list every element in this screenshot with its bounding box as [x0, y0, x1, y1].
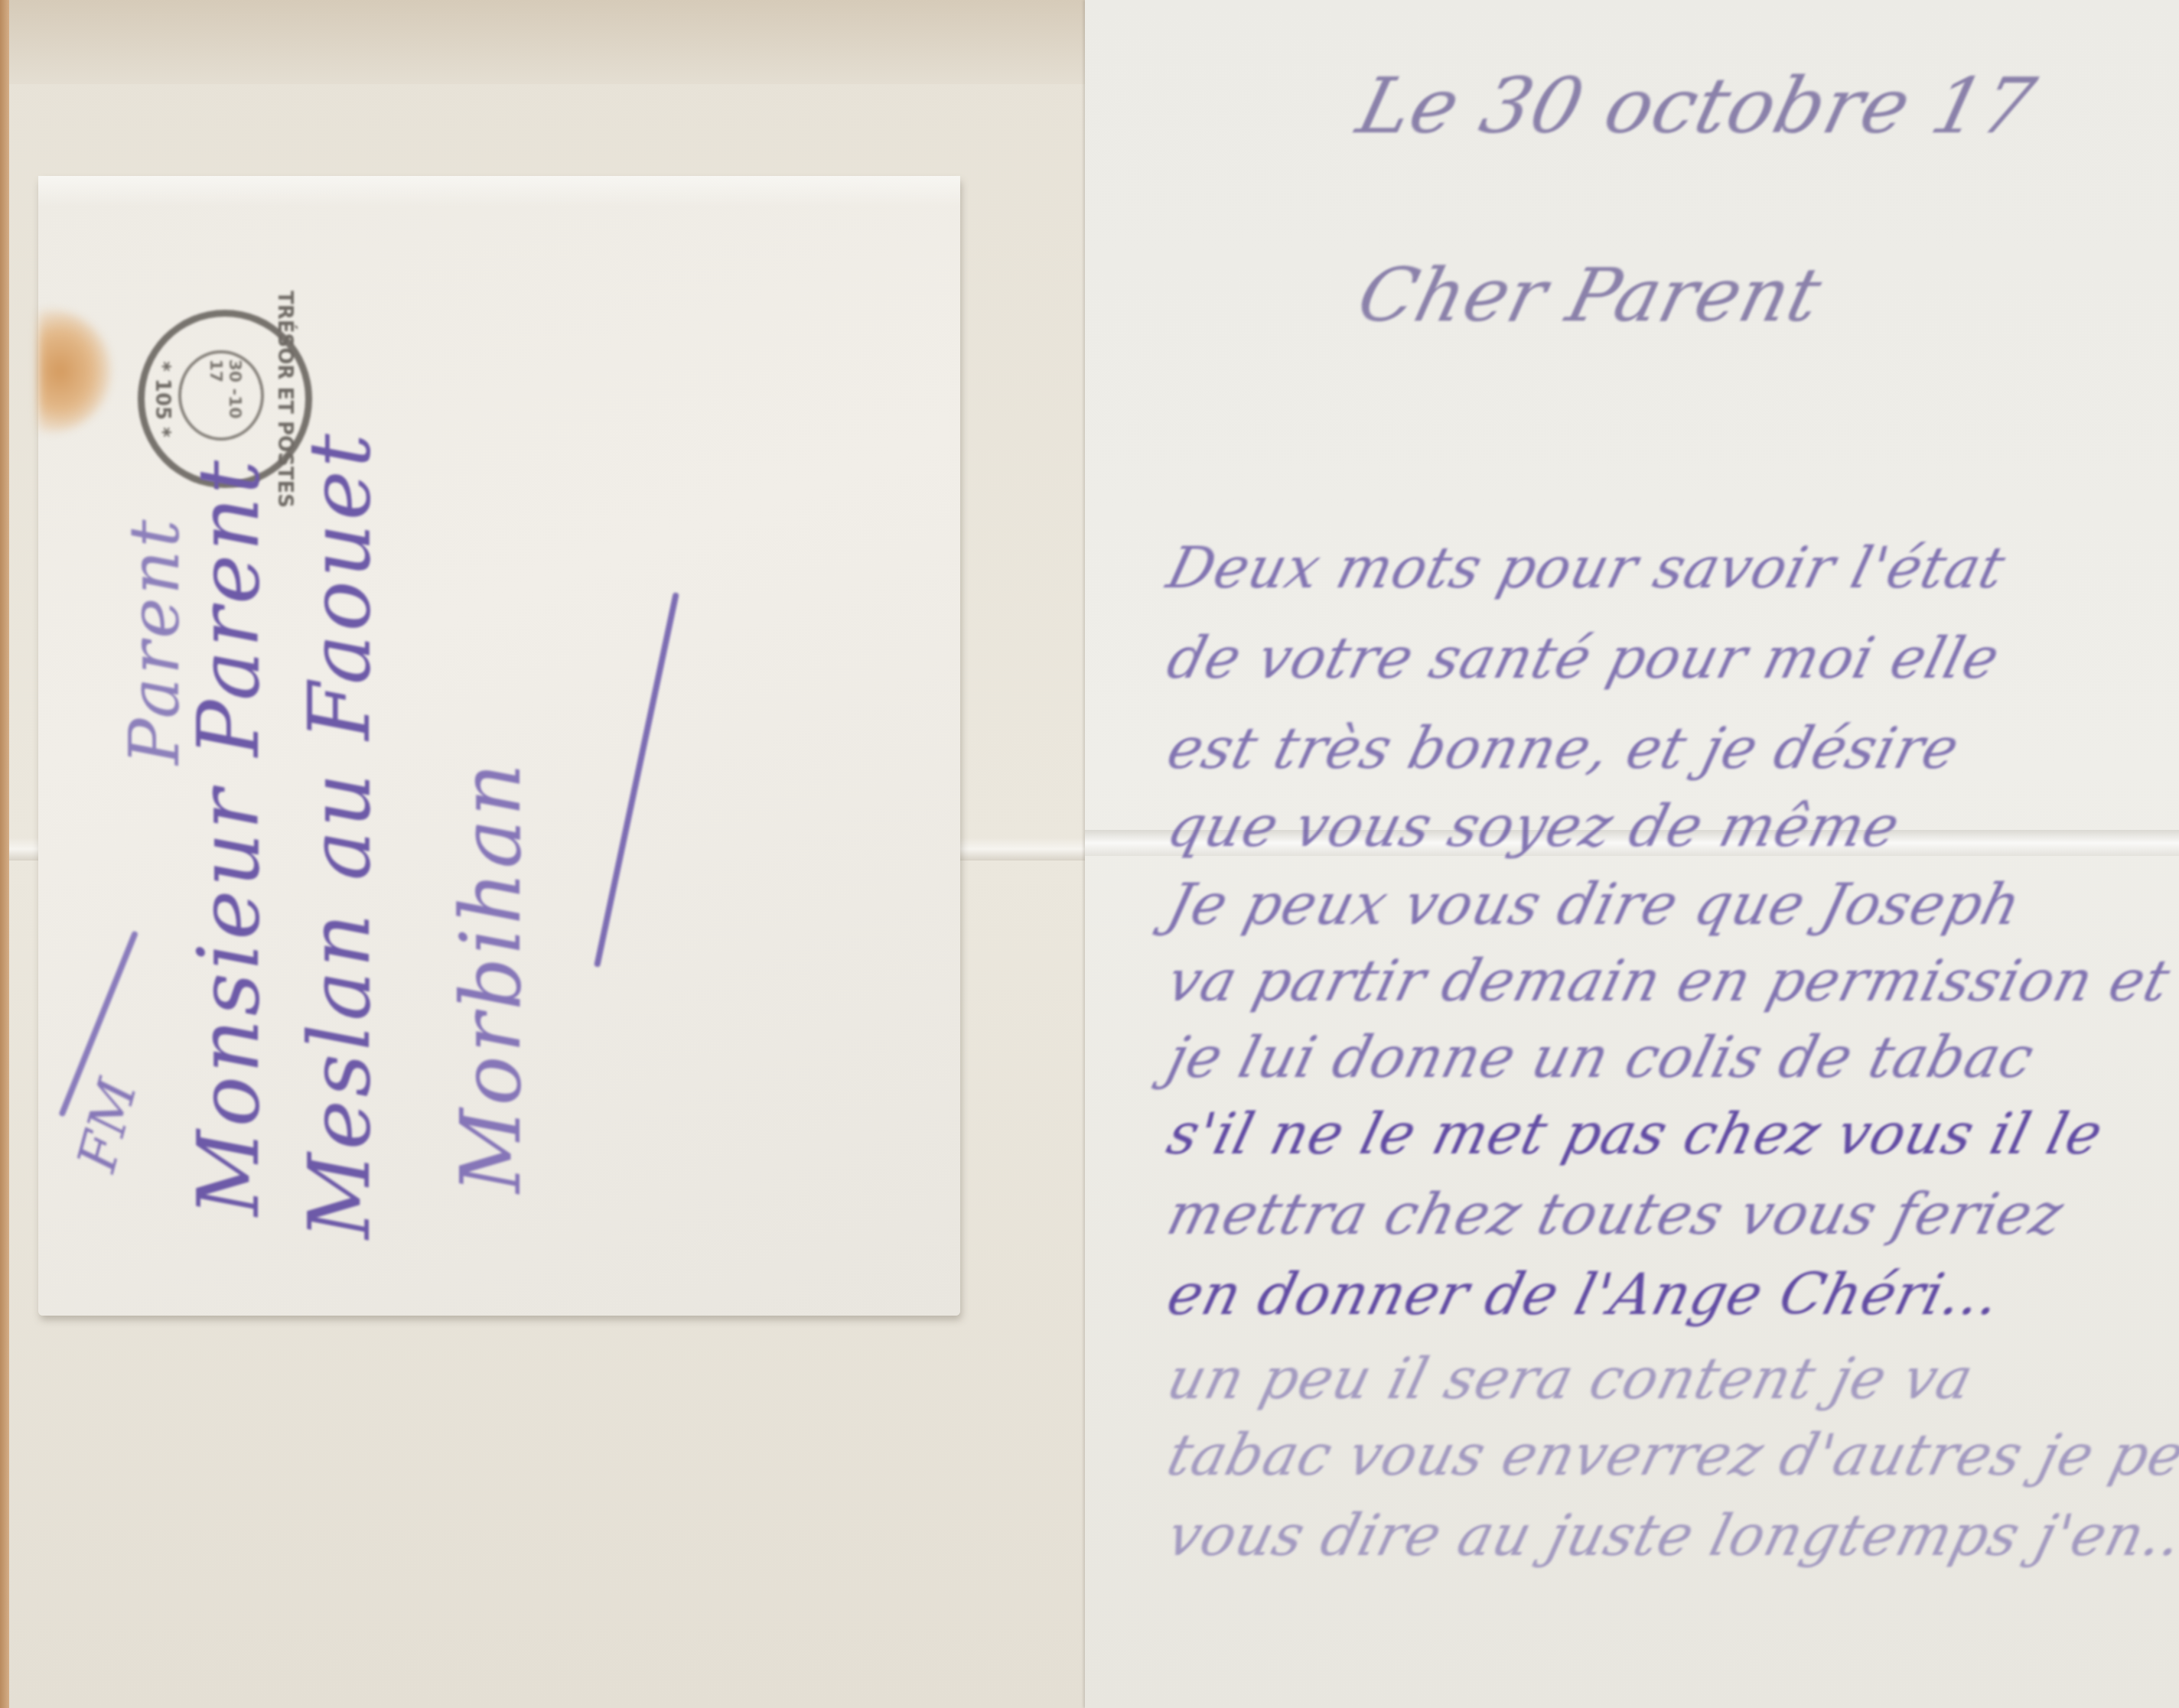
envelope-address-line: Monsieur Parent: [180, 457, 278, 1216]
page-top-shadow: [9, 0, 1088, 84]
stain-mark: [38, 310, 111, 432]
letter-line: s'il ne le met pas chez vous il le: [1161, 1101, 2109, 1167]
letter-date: Le 30 octobre 17: [1349, 61, 2044, 151]
letter-line: vous dire au juste longtemps j'en...: [1161, 1503, 2179, 1569]
letter-line: un peu il sera content je va: [1161, 1346, 1980, 1412]
letter-salutation: Cher Parent: [1350, 252, 1830, 338]
photo-scene: Le 30 octobre 17 Cher Parent Deux mots p…: [0, 0, 2179, 1708]
letter-line: je lui donne un colis de tabac: [1161, 1025, 2041, 1091]
letter-line: Je peux vous dire que Joseph: [1161, 872, 2028, 938]
envelope-top-edge: [38, 176, 960, 207]
envelope-corner-mark: FM: [65, 1072, 149, 1177]
envelope: TRÉSOR ET POSTES * 105 * 30 -10 17 Paren…: [38, 176, 960, 1316]
postmark-date: 30 -10 17: [206, 359, 244, 439]
postmark-bottom-text: * 105 *: [151, 361, 174, 438]
envelope-address-line: Morbihan: [444, 760, 539, 1193]
underline-flourish: [594, 592, 679, 968]
letter-line: est très bonne, et je désire: [1161, 716, 1966, 782]
letter-line: Deux mots pour savoir l'état: [1161, 535, 2011, 601]
letter-line: de votre santé pour moi elle: [1161, 626, 2006, 691]
letter-line: que vous soyez de même: [1161, 794, 1907, 860]
handwritten-letter-page: Le 30 octobre 17 Cher Parent Deux mots p…: [1085, 0, 2179, 1708]
letter-line: tabac vous enverrez d'autres je peux: [1161, 1423, 2179, 1488]
letter-line: va partir demain en permission et: [1161, 948, 2177, 1014]
envelope-address-line: Meslan au Faouet: [291, 431, 389, 1239]
letter-line: mettra chez toutes vous feriez: [1161, 1182, 2070, 1248]
letter-line: en donner de l'Ange Chéri...: [1161, 1262, 2008, 1328]
